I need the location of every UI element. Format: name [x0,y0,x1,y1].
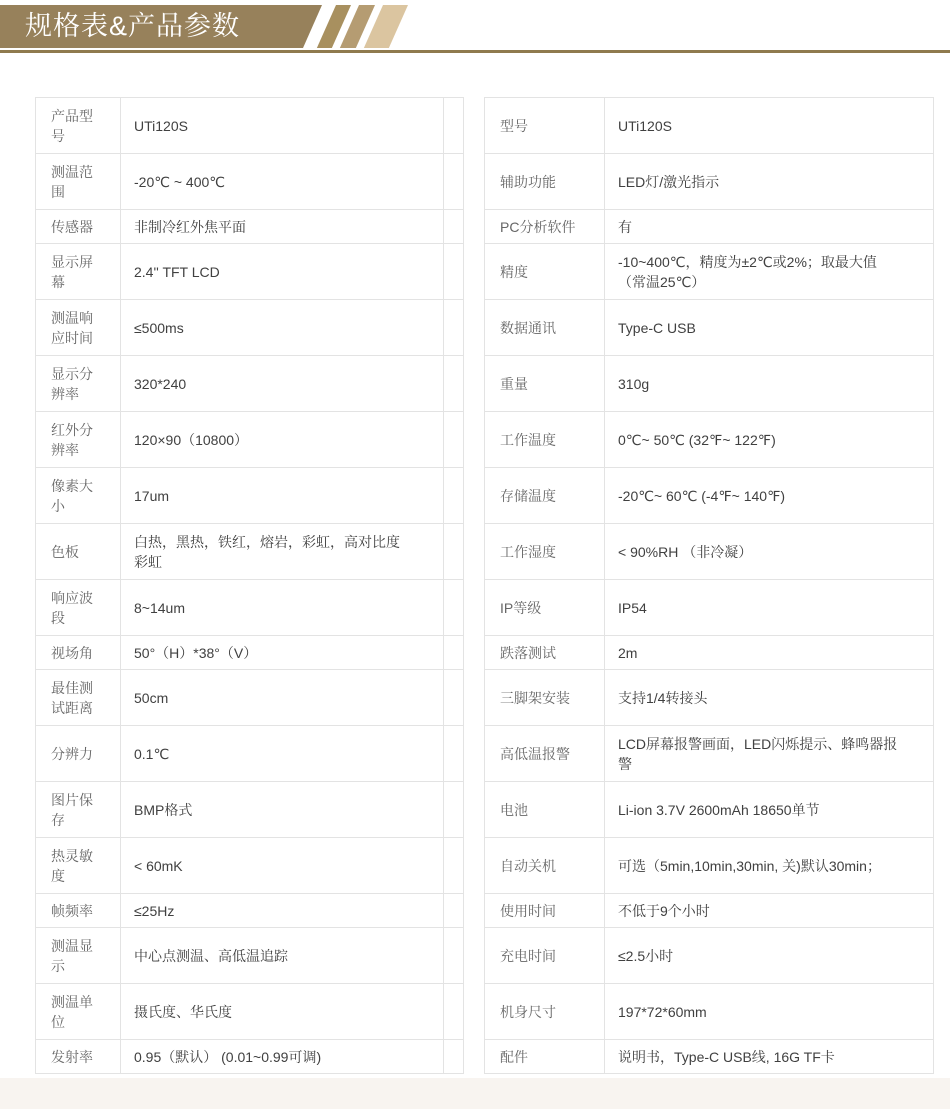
spacer-cell [444,726,464,782]
spec-label: 配件 [485,1040,605,1074]
spacer-cell [444,300,464,356]
spec-value: ≤2.5小时 [605,928,934,984]
spec-value: 白热，黑热，铁红，熔岩，彩虹，高对比度彩虹 [121,524,444,580]
spec-label: 色板 [36,524,121,580]
spec-value: ≤25Hz [121,894,444,928]
spec-row: 跌落测试2m [485,636,934,670]
spec-value: 0.95（默认） (0.01~0.99可调) [121,1040,444,1074]
spacer-cell [444,636,464,670]
spec-label: 重量 [485,356,605,412]
spec-row: 自动关机可选（5min,10min,30min, 关)默认30min； [485,838,934,894]
spec-label: 测温响应时间 [36,300,121,356]
spec-label: 工作温度 [485,412,605,468]
spec-label: 像素大小 [36,468,121,524]
spec-value: -10~400℃，精度为±2℃或2%；取最大值 （常温25℃） [605,244,934,300]
spec-row: 数据通讯Type-C USB [485,300,934,356]
spec-tables-container: 产品型号UTi120S测温范围-20℃ ~ 400℃传感器非制冷红外焦平面显示屏… [35,97,950,1074]
spec-label: 电池 [485,782,605,838]
spec-row: 传感器非制冷红外焦平面 [36,210,464,244]
spec-value: 可选（5min,10min,30min, 关)默认30min； [605,838,934,894]
spec-row: 显示屏幕2.4'' TFT LCD [36,244,464,300]
spec-value: UTi120S [121,98,444,154]
spec-label: 图片保存 [36,782,121,838]
spec-value: 支持1/4转接头 [605,670,934,726]
spacer-cell [444,524,464,580]
spec-value: ≤500ms [121,300,444,356]
spec-label: 响应波段 [36,580,121,636]
spec-row: 配件说明书，Type-C USB线, 16G TF卡 [485,1040,934,1074]
spec-row: 像素大小17um [36,468,464,524]
spec-row: 重量310g [485,356,934,412]
spec-label: 显示分辨率 [36,356,121,412]
spacer-cell [444,838,464,894]
spec-label: 机身尺寸 [485,984,605,1040]
spec-row: 工作温度0℃~ 50℃ (32℉~ 122℉) [485,412,934,468]
spec-label: 发射率 [36,1040,121,1074]
spec-row: 视场角50°（H）*38°（V） [36,636,464,670]
spec-row: 型号UTi120S [485,98,934,154]
spec-row: 精度-10~400℃，精度为±2℃或2%；取最大值 （常温25℃） [485,244,934,300]
spec-value: 320*240 [121,356,444,412]
spacer-cell [444,894,464,928]
spec-label: 数据通讯 [485,300,605,356]
section-header-banner: 规格表&产品参数 [0,5,950,48]
spec-label: 三脚架安装 [485,670,605,726]
spec-value: 摄氏度、华氏度 [121,984,444,1040]
spec-row: 存储温度-20℃~ 60℃ (-4℉~ 140℉) [485,468,934,524]
spec-value: UTi120S [605,98,934,154]
spec-value: 0.1℃ [121,726,444,782]
spec-row: 测温响应时间≤500ms [36,300,464,356]
spec-row: 显示分辨率320*240 [36,356,464,412]
spec-label: 传感器 [36,210,121,244]
spec-row: 最佳测试距离50cm [36,670,464,726]
spec-label: 型号 [485,98,605,154]
spec-value: 2.4'' TFT LCD [121,244,444,300]
spec-row: 响应波段8~14um [36,580,464,636]
spec-value: BMP格式 [121,782,444,838]
spacer-cell [444,154,464,210]
left-spec-table: 产品型号UTi120S测温范围-20℃ ~ 400℃传感器非制冷红外焦平面显示屏… [35,97,464,1074]
spec-label: 辅助功能 [485,154,605,210]
spec-label: 测温范围 [36,154,121,210]
spec-row: 产品型号UTi120S [36,98,464,154]
spec-label: 精度 [485,244,605,300]
spec-label: PC分析软件 [485,210,605,244]
spec-value: 8~14um [121,580,444,636]
spacer-cell [444,984,464,1040]
spec-value: Type-C USB [605,300,934,356]
spec-row: 测温显示中心点测温、高低温追踪 [36,928,464,984]
spec-label: 产品型号 [36,98,121,154]
spec-value: 说明书，Type-C USB线, 16G TF卡 [605,1040,934,1074]
spec-value: 非制冷红外焦平面 [121,210,444,244]
spec-value: 197*72*60mm [605,984,934,1040]
spacer-cell [444,670,464,726]
banner-parallelogram: 规格表&产品参数 [0,5,322,48]
spacer-cell [444,580,464,636]
spacer-cell [444,356,464,412]
spacer-cell [444,1040,464,1074]
spec-value: 120×90（10800） [121,412,444,468]
spacer-cell [444,412,464,468]
spec-label: 红外分辨率 [36,412,121,468]
spec-value: 2m [605,636,934,670]
spec-row: 测温单位摄氏度、华氏度 [36,984,464,1040]
spec-row: 热灵敏度< 60mK [36,838,464,894]
page-title: 规格表&产品参数 [25,13,240,40]
spec-row: 测温范围-20℃ ~ 400℃ [36,154,464,210]
spec-value: -20℃ ~ 400℃ [121,154,444,210]
spec-value: 17um [121,468,444,524]
spec-value: LCD屏幕报警画面，LED闪烁提示、蜂鸣器报警 [605,726,934,782]
spec-row: 色板白热，黑热，铁红，熔岩，彩虹，高对比度彩虹 [36,524,464,580]
spec-label: 高低温报警 [485,726,605,782]
spec-value: < 90%RH （非冷凝） [605,524,934,580]
spec-label: 视场角 [36,636,121,670]
spacer-cell [444,928,464,984]
spec-label: 跌落测试 [485,636,605,670]
footer-background-band [0,1078,950,1109]
spacer-cell [444,468,464,524]
spec-label: 热灵敏度 [36,838,121,894]
spec-row: 工作湿度< 90%RH （非冷凝） [485,524,934,580]
spec-value: < 60mK [121,838,444,894]
spec-value: IP54 [605,580,934,636]
spec-label: 充电时间 [485,928,605,984]
spec-value: 中心点测温、高低温追踪 [121,928,444,984]
spec-row: 图片保存BMP格式 [36,782,464,838]
spec-row: 红外分辨率120×90（10800） [36,412,464,468]
spec-label: 工作湿度 [485,524,605,580]
spec-value: -20℃~ 60℃ (-4℉~ 140℉) [605,468,934,524]
spec-label: IP等级 [485,580,605,636]
spacer-cell [444,98,464,154]
spec-label: 最佳测试距离 [36,670,121,726]
spec-row: 分辨力0.1℃ [36,726,464,782]
spacer-cell [444,782,464,838]
spec-row: 三脚架安装支持1/4转接头 [485,670,934,726]
spec-label: 帧频率 [36,894,121,928]
spec-value: 50°（H）*38°（V） [121,636,444,670]
spec-row: 辅助功能LED灯/激光指示 [485,154,934,210]
spec-row: 帧频率≤25Hz [36,894,464,928]
spec-label: 测温单位 [36,984,121,1040]
spec-value: Li-ion 3.7V 2600mAh 18650单节 [605,782,934,838]
spec-value: 0℃~ 50℃ (32℉~ 122℉) [605,412,934,468]
spec-row: 高低温报警LCD屏幕报警画面，LED闪烁提示、蜂鸣器报警 [485,726,934,782]
spec-row: IP等级IP54 [485,580,934,636]
right-spec-table: 型号UTi120S辅助功能LED灯/激光指示PC分析软件有精度-10~400℃，… [484,97,934,1074]
gold-divider-rule [0,50,950,53]
spec-value: 不低于9个小时 [605,894,934,928]
spacer-cell [444,244,464,300]
spec-row: 机身尺寸197*72*60mm [485,984,934,1040]
spec-label: 使用时间 [485,894,605,928]
spec-row: 使用时间不低于9个小时 [485,894,934,928]
spec-label: 存储温度 [485,468,605,524]
spec-value: 有 [605,210,934,244]
spec-label: 分辨力 [36,726,121,782]
spec-value: 310g [605,356,934,412]
spec-row: PC分析软件有 [485,210,934,244]
spec-label: 显示屏幕 [36,244,121,300]
spec-label: 测温显示 [36,928,121,984]
spec-value: LED灯/激光指示 [605,154,934,210]
spec-value: 50cm [121,670,444,726]
spec-row: 充电时间≤2.5小时 [485,928,934,984]
spec-label: 自动关机 [485,838,605,894]
spec-row: 发射率0.95（默认） (0.01~0.99可调) [36,1040,464,1074]
spec-row: 电池Li-ion 3.7V 2600mAh 18650单节 [485,782,934,838]
spacer-cell [444,210,464,244]
